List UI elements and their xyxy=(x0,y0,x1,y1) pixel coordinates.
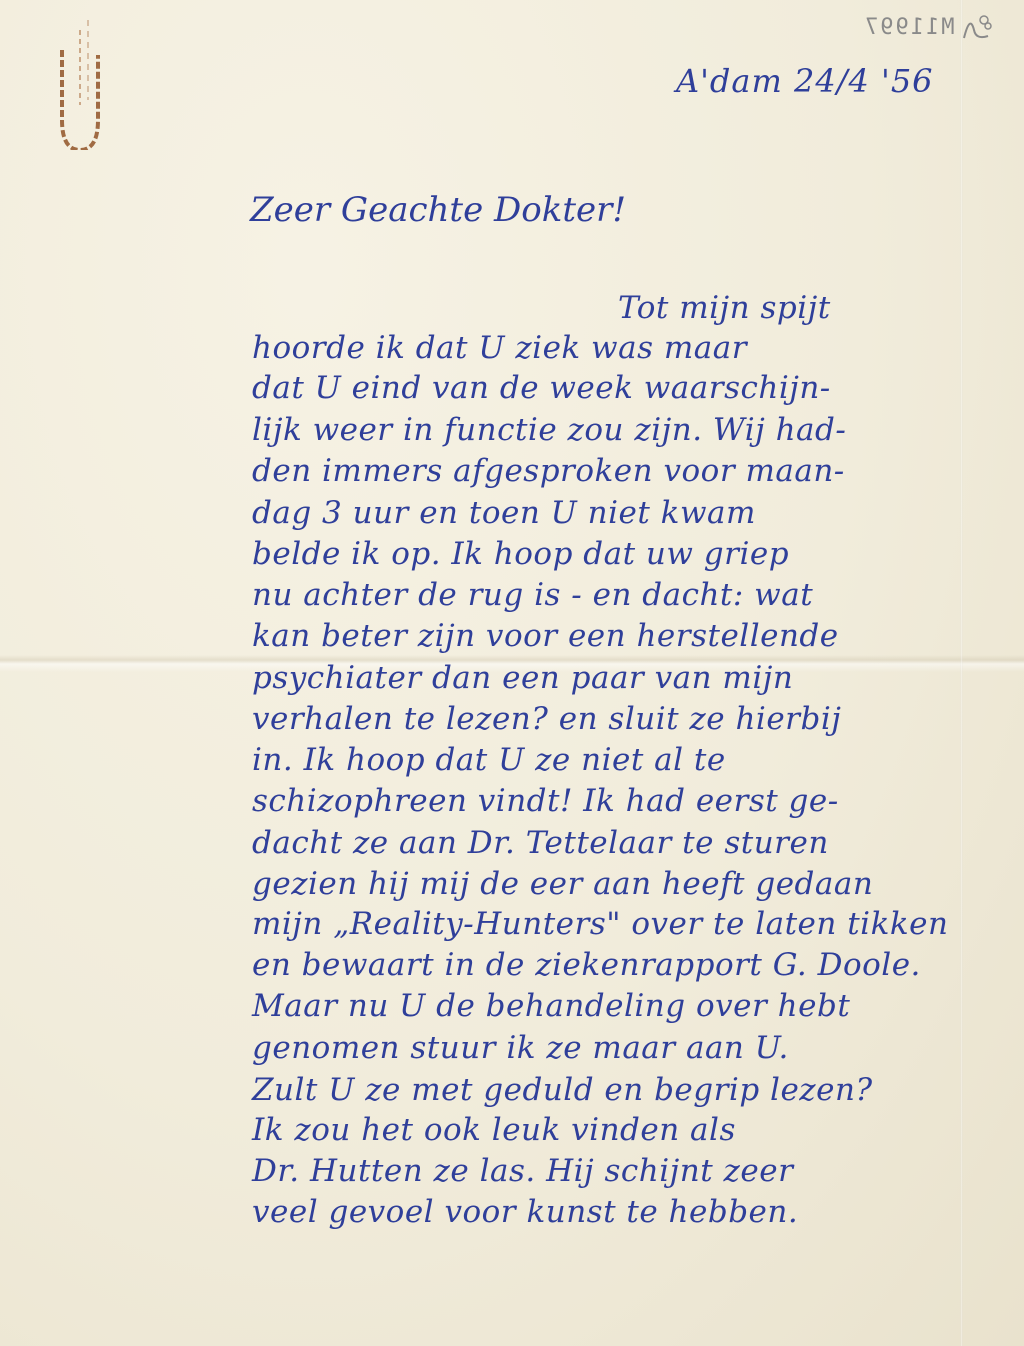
letter-line: dag 3 uur en toen U niet kwam xyxy=(252,495,756,531)
letter-line: gezien hij mij de eer aan heeft gedaan xyxy=(252,866,873,902)
paper-fold xyxy=(960,0,963,1346)
place-date: A'dam 24/4 '56 xyxy=(676,62,934,100)
letter-line: den immers afgesproken voor maan- xyxy=(252,453,845,489)
letter-line: en bewaart in de ziekenrapport G. Doole. xyxy=(252,947,921,983)
archive-stamp: M11997 xyxy=(863,10,994,44)
paperclip-rust-mark-icon xyxy=(40,10,100,150)
letter-line: verhalen te lezen? en sluit ze hierbij xyxy=(252,701,841,737)
letter-line: lijk weer in functie zou zijn. Wij had- xyxy=(252,412,846,448)
letter-line: psychiater dan een paar van mijn xyxy=(252,660,793,696)
letter-line: schizophreen vindt! Ik had eerst ge- xyxy=(252,783,839,819)
letter-line: Dr. Hutten ze las. Hij schijnt zeer xyxy=(252,1153,793,1189)
letter-line: Tot mijn spijt xyxy=(618,290,831,326)
letter-line: Zult U ze met geduld en begrip lezen? xyxy=(252,1072,873,1108)
letter-line: mijn „Reality-Hunters" over te laten tik… xyxy=(252,906,948,942)
letter-line: genomen stuur ik ze maar aan U. xyxy=(252,1030,789,1066)
letter-line: Ik zou het ook leuk vinden als xyxy=(252,1112,736,1148)
letter-page: M11997 A'dam 24/4 '56 Zeer Geachte Dokte… xyxy=(0,0,1024,1346)
letter-line: in. Ik hoop dat U ze niet al te xyxy=(252,742,726,778)
letter-line: dat U eind van de week waarschijn- xyxy=(252,370,831,406)
letter-line: hoorde ik dat U ziek was maar xyxy=(252,330,747,366)
letter-line: veel gevoel voor kunst te hebben. xyxy=(252,1194,798,1230)
letter-line: nu achter de rug is - en dacht: wat xyxy=(252,577,813,613)
salutation: Zeer Geachte Dokter! xyxy=(250,190,626,230)
letter-line: belde ik op. Ik hoop dat uw griep xyxy=(252,536,789,572)
letter-line: kan beter zijn voor een herstellende xyxy=(252,618,839,654)
letter-line: Maar nu U de behandeling over hebt xyxy=(252,988,850,1024)
stamp-emblem-icon xyxy=(960,10,994,44)
archive-number: M11997 xyxy=(863,15,954,40)
letter-line: dacht ze aan Dr. Tettelaar te sturen xyxy=(252,825,829,861)
